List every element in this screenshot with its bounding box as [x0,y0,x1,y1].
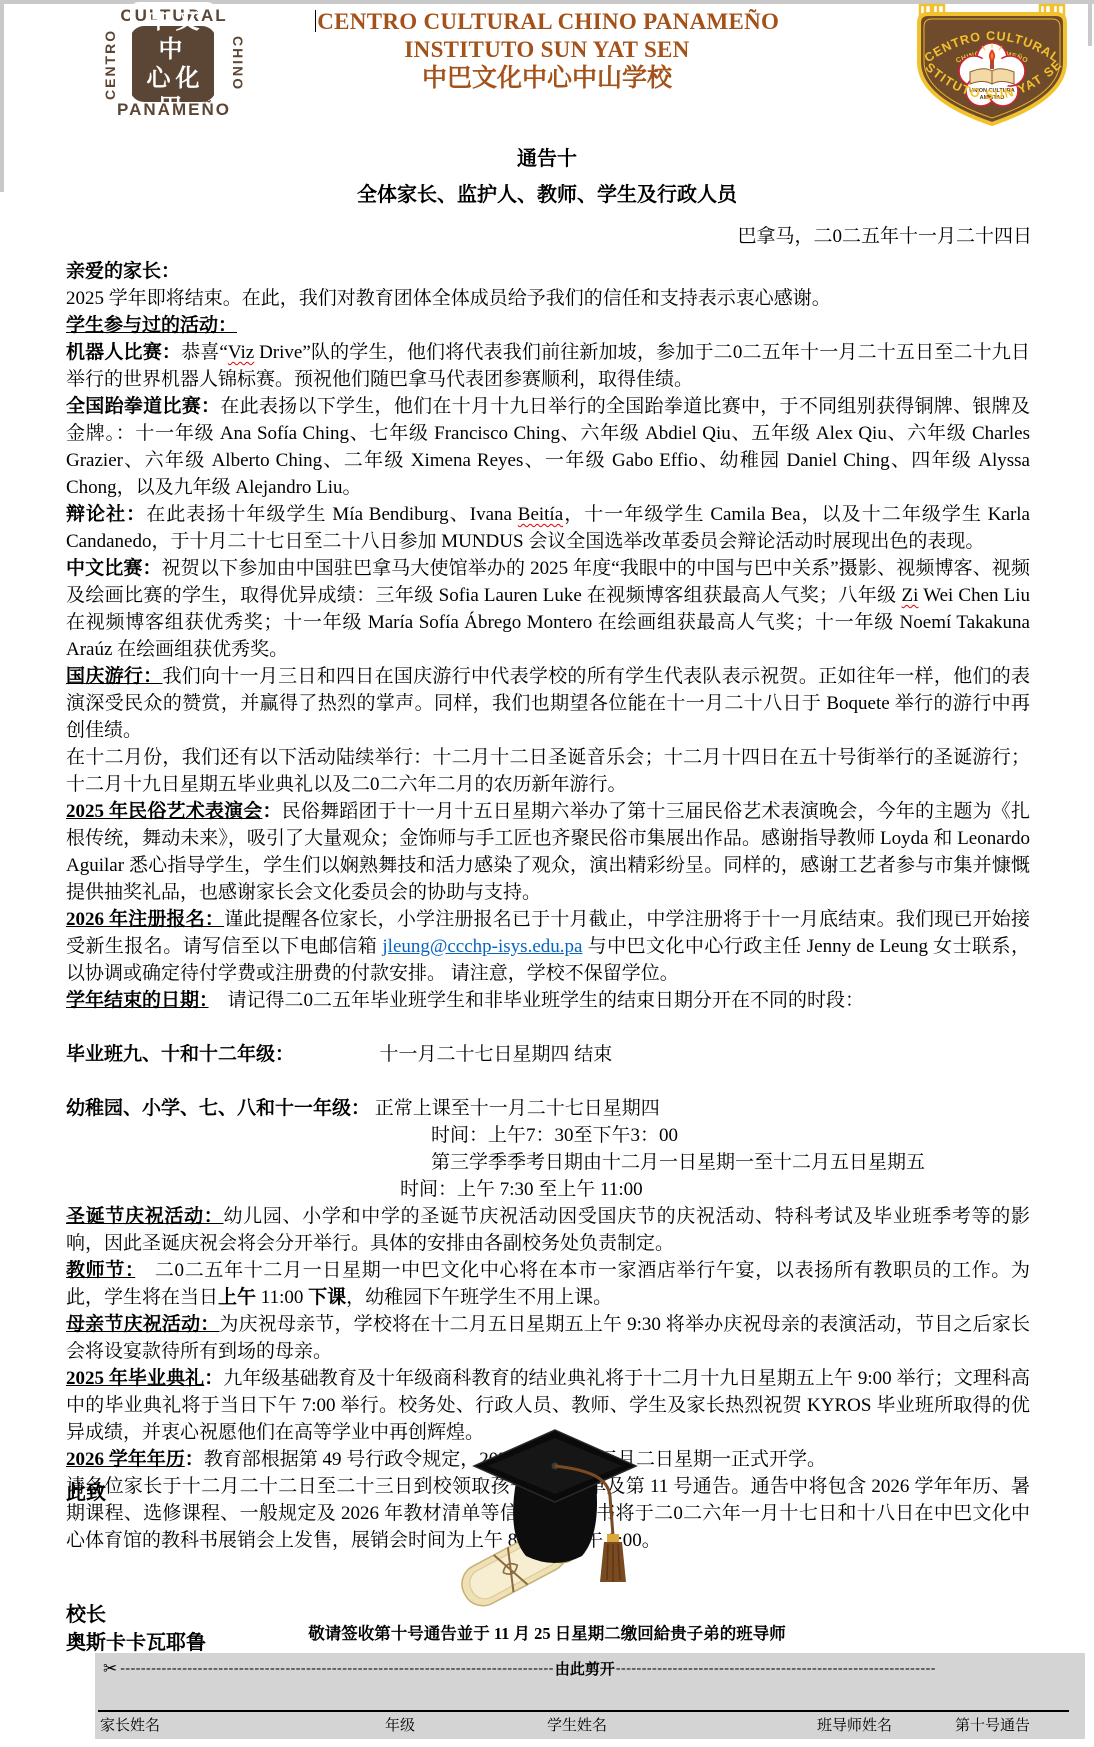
text-run: 辩论社： [66,504,146,525]
doc-paragraph: 在十二月份，我们还有以下活动陆续举行：十二月十二日圣诞音乐会；十二月十四日在五十… [66,744,1030,798]
text-run: 中文比赛： [66,558,162,579]
text-cursor [315,10,317,32]
doc-paragraph: 圣诞节庆祝活动：幼儿园、小学和中学的圣诞节庆祝活动因受国庆节的庆祝活动、特科考试… [66,1203,1030,1257]
return-slip: ✂ --------------------------------------… [95,1653,1085,1739]
doc-paragraph [66,1014,1030,1041]
doc-paragraph: 2025 学年即将结束。在此，我们对教育团体全体成员给予我们的信任和支持表示衷心… [66,285,1030,312]
text-run: 在此表扬十年级学生 Mía Bendiburg、Ivana [146,504,518,525]
signature-fields-row: 家长姓名年级学生姓名班导师姓名第十号通告 [95,1714,1085,1736]
doc-paragraph: 2026 年注册报名：谨此提醒各位家长，小学注册报名已于十月截止，中学注册将于十… [66,906,1030,987]
doc-paragraph: 辩论社：在此表扬十年级学生 Mía Bendiburg、Ivana Beitía… [66,501,1030,555]
text-run: 请记得二0二五年毕业班学生和非毕业班学生的结束日期分开在不同的时段： [209,990,865,1011]
doc-paragraph: 学生参与过的活动： [66,312,1030,339]
text-run: ： [262,801,281,822]
text-run: 国庆游行： [66,666,162,687]
text-run: 教师节： [66,1260,135,1281]
text-run: 11:00 [256,1287,308,1308]
doc-paragraph: 教师节： 二0二五年十二月一日星期一中巴文化中心将在本市一家酒店举行午宴，以表扬… [66,1257,1030,1311]
sign-field-label: 班导师姓名 [817,1714,892,1735]
doc-paragraph: 亲爱的家长： [66,258,1030,285]
doc-paragraph: 幼稚园、小学、七、八和十一年级： 正常上课至十一月二十七日星期四 [66,1095,1030,1122]
text-run: Zi [902,585,919,606]
text-run: 我们向十一月三日和四日在国庆游行中代表学校的所有学生代表队表示祝贺。正如往年一样… [66,666,1030,741]
doc-paragraph: 2025 年民俗艺术表演会：民俗舞蹈团于十一月十五日星期六举办了第十三届民俗艺术… [66,798,1030,906]
cut-dashes-left: ----------------------------------------… [120,1661,554,1677]
text-run: 全国跆拳道比赛： [66,396,220,417]
doc-paragraph: 时间：上午7：30至下午3：00 [66,1122,1030,1149]
school-name-spanish: CENTRO CULTURAL CHINO PANAMEÑO [317,9,779,34]
doc-paragraph: 毕业班九、十和十二年级： 十一月二十七日星期四 结束 [66,1041,1030,1068]
doc-paragraph: 学年结束的日期： 请记得二0二五年毕业班学生和非毕业班学生的结束日期分开在不同的… [66,987,1030,1014]
text-run: 下课 [308,1287,346,1308]
doc-paragraph: 第三学季季考日期由十二月一日星期一至十二月五日星期五 [66,1149,1030,1176]
text-run: 十一月二十七日星期四 结束 [285,1044,613,1065]
notice-number: 通告十 [0,142,1094,171]
text-run: 恭喜“ [181,342,228,363]
logo-word-centro: CENTRO [102,28,118,100]
date-line: 巴拿马，二0二五年十一月二十四日 [0,221,1094,248]
sign-field-label: 第十号通告 [955,1714,1030,1735]
cut-here-label: 由此剪开 [555,1658,615,1679]
sign-field-label: 家长姓名 [100,1714,160,1735]
text-run: 亲爱的家长： [66,261,180,282]
email-link[interactable]: jleung@ccchp-isys.edu.pa [382,936,582,957]
text-run: 圣诞节庆祝活动： [66,1206,224,1227]
open-book-icon [970,69,1014,84]
text-run: 在十二月份，我们还有以下活动陆续举行：十二月十二日圣诞音乐会；十二月十四日在五十… [66,747,1030,795]
doc-paragraph: 国庆游行：我们向十一月三日和四日在国庆游行中代表学校的所有学生代表队表示祝贺。正… [66,663,1030,744]
doc-paragraph: 机器人比赛：恭喜“Viz Drive”队的学生，他们将代表我们前往新加坡，参加于… [66,339,1030,393]
text-run: 2025 年民俗艺术表演会 [66,801,262,822]
text-run: 毕业班九、十和十二年级： [66,1044,285,1065]
text-run: 幼稚园、小学、七、八和十一年级： [66,1098,370,1119]
doc-paragraph [66,1068,1030,1095]
cut-dashes-right: ----------------------------------------… [616,1661,936,1677]
doc-paragraph: 中文比赛：祝贺以下参加由中国驻巴拿马大使馆举办的 2025 年度“我眼中的中国与… [66,555,1030,663]
text-run: Viz [228,342,254,363]
text-run: 祝贺以下参加由中国驻巴拿马大使馆举办的 2025 年度“我眼中的中国与巴中关系”… [66,558,1030,606]
document-page: CULTURAL CENTRO CHINO 中文中 心化巴 PANAMEÑO C… [0,0,1094,1747]
graduation-cap-image [450,1416,660,1612]
text-run: 时间：上午 7:30 至上午 11:00 [400,1179,643,1200]
school-shield-emblem: CENTRO CULTURAL CHINO-PANAMEÑO [896,2,1088,133]
school-stamp-logo: CULTURAL CENTRO CHINO 中文中 心化巴 PANAMEÑO [84,6,264,120]
text-run: 上午 [218,1287,256,1308]
text-run: 时间：上午7：30至下午3：00 [431,1125,678,1146]
seal-row1: 中文中 [137,6,209,64]
logo-word-chino: CHINO [230,28,246,100]
text-run: 学生参与过的活动： [66,315,237,336]
text-run: 机器人比赛： [66,342,181,363]
logo-word-panameno: PANAMEÑO [84,100,264,120]
text-run: 2026 年注册报名： [66,909,224,930]
cut-line: ✂ --------------------------------------… [95,1653,1085,1679]
text-run: 学年结束的日期： [66,990,209,1011]
scissors-icon: ✂ [103,1659,117,1679]
receipt-instruction: 敬请签收第十号通告並于 11 月 25 日星期二缴回給贵子弟的班导师 [0,1620,1094,1644]
tassel-band [607,1534,619,1542]
addressee-line: 全体家长、监护人、教师、学生及行政人员 [0,178,1094,207]
doc-paragraph: 时间：上午 7:30 至上午 11:00 [66,1176,1030,1203]
chinese-seal: 中文中 心化巴 [130,26,216,102]
signature-rule [98,1710,1069,1712]
doc-paragraph: 全国跆拳道比赛：在此表扬以下学生，他们在十月十九日举行的全国跆拳道比赛中，于不同… [66,393,1030,501]
text-run: Beitía [518,504,563,525]
closing-area: 此致 校长 奥斯卡卡瓦耶鲁 [66,1320,1030,1620]
closing-regards: 此致 [66,1476,106,1505]
sign-field-label: 年级 [385,1714,415,1735]
text-run: ，幼稚园下午班学生不用上课。 [346,1287,612,1308]
text-run: 正常上课至十一月二十七日星期四 [370,1098,660,1119]
sign-field-label: 学生姓名 [547,1714,607,1735]
footer: 敬请签收第十号通告並于 11 月 25 日星期二缴回給贵子弟的班导师 ✂ ---… [0,1620,1094,1739]
letterhead: CULTURAL CENTRO CHINO 中文中 心化巴 PANAMEÑO C… [0,0,1094,132]
text-run: 2025 学年即将结束。在此，我们对教育团体全体成员给予我们的信任和支持表示衷心… [66,288,831,309]
text-run: 第三学季季考日期由十二月一日星期一至十二月五日星期五 [431,1152,925,1173]
